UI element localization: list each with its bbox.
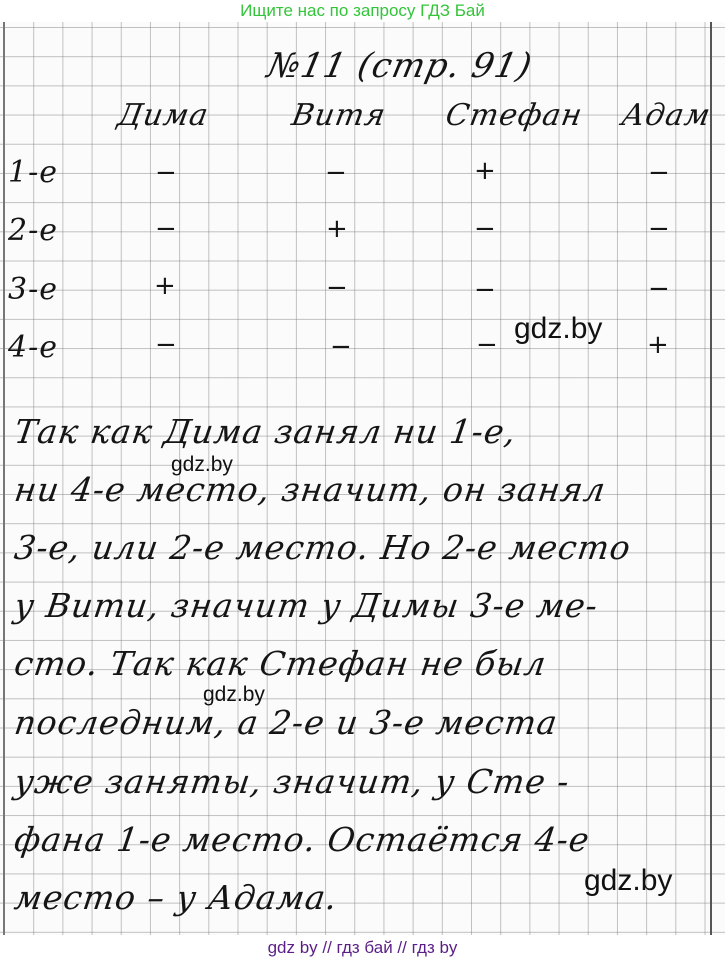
column-header-vitya: Витя bbox=[289, 98, 389, 133]
footer-links-text: gdz by // гдз бай // гдз by bbox=[0, 935, 725, 961]
solution-line-9: место – у Адама. bbox=[12, 878, 340, 917]
mark-cell: − bbox=[155, 330, 178, 360]
mark-cell: − bbox=[330, 332, 353, 362]
mark-cell: − bbox=[476, 330, 499, 360]
mark-cell: − bbox=[326, 273, 349, 303]
solution-line-4: у Вити, значит у Димы 3-е ме- bbox=[12, 586, 601, 625]
row-label-place-4: 4-е bbox=[8, 330, 58, 365]
page-left-edge bbox=[3, 22, 5, 935]
search-banner: Ищите нас по запросу ГДЗ Бай bbox=[0, 0, 725, 22]
watermark-gdz-by: gdz.by bbox=[171, 453, 233, 477]
mark-cell: + bbox=[647, 330, 670, 360]
mark-cell: + bbox=[326, 214, 349, 244]
mark-cell: − bbox=[474, 275, 497, 305]
column-header-dima: Дима bbox=[115, 98, 212, 133]
column-header-adam: Адам bbox=[619, 98, 714, 133]
watermark-gdz-by: gdz.by bbox=[203, 683, 265, 707]
row-label-place-1: 1-е bbox=[8, 155, 58, 190]
watermark-gdz-by: gdz.by bbox=[584, 864, 672, 898]
solution-line-1: Так как Дима занял ни 1-е, bbox=[12, 412, 519, 451]
row-label-place-3: 3-е bbox=[8, 272, 58, 307]
row-label-place-2: 2-е bbox=[8, 213, 58, 248]
solution-line-3: 3-е, или 2-е место. Но 2-е место bbox=[12, 528, 634, 567]
column-header-stefan: Стефан bbox=[443, 98, 585, 133]
mark-cell: − bbox=[648, 158, 671, 188]
mark-cell: − bbox=[325, 158, 348, 188]
mark-cell: − bbox=[155, 214, 178, 244]
notebook-margin-line bbox=[710, 22, 712, 935]
solution-line-7: уже заняты, значит, у Сте - bbox=[12, 762, 572, 801]
solution-line-2: ни 4-е место, значит, он занял bbox=[12, 470, 608, 509]
exercise-title: №11 (стр. 91) bbox=[264, 46, 536, 86]
mark-cell: + bbox=[154, 271, 177, 301]
mark-cell: − bbox=[648, 274, 671, 304]
solution-line-5: сто. Так как Стефан не был bbox=[12, 644, 549, 683]
mark-cell: − bbox=[474, 214, 497, 244]
solution-line-6: последним, а 2-е и 3-е места bbox=[12, 703, 560, 742]
watermark-gdz-by: gdz.by bbox=[514, 312, 602, 346]
mark-cell: − bbox=[648, 214, 671, 244]
mark-cell: + bbox=[474, 156, 497, 186]
solution-line-8: фана 1-е место. Остаётся 4-е bbox=[12, 820, 592, 859]
mark-cell: − bbox=[155, 158, 178, 188]
